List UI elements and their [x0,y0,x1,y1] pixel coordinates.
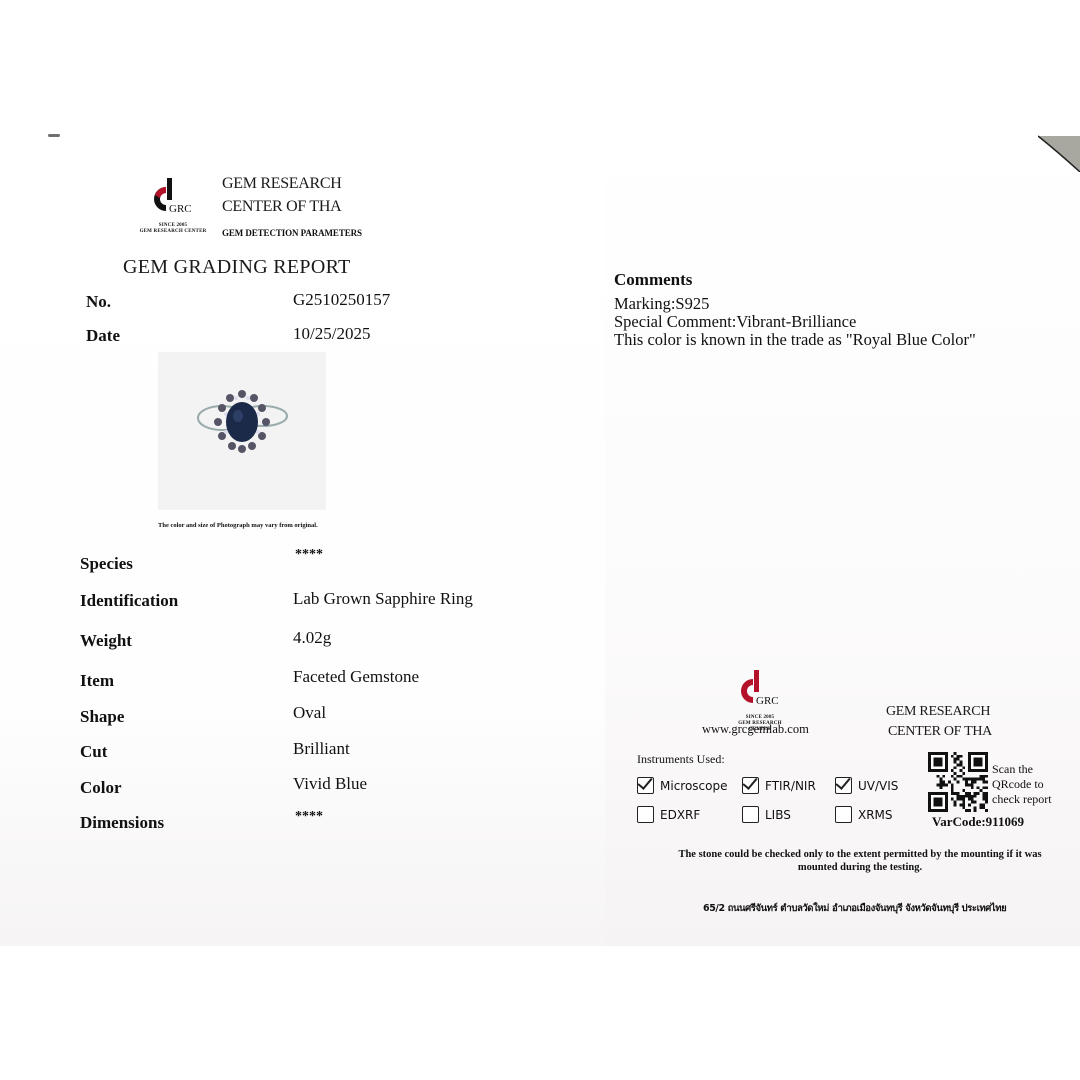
detail-label: Item [80,671,114,691]
detail-value: Oval [293,703,326,723]
org-subtitle: GEM DETECTION PARAMETERS [222,228,362,238]
qr-instructions: Scan the QRcode to check report [992,762,1052,807]
org-name-line1: GEM RESEARCH [222,172,342,196]
folded-corner-icon [1038,134,1080,172]
footer-org-name-line2: CENTER OF THA [888,722,992,742]
report-title: GEM GRADING REPORT [123,256,351,279]
comment-special: Special Comment:Vibrant-Brilliance [614,313,856,331]
detail-value: Lab Grown Sapphire Ring [293,589,473,609]
instrument-label: UV/VIS [858,779,898,793]
detail-label: Weight [80,631,132,651]
checkbox-checked-icon[interactable] [742,777,759,794]
detail-label: Color [80,778,122,798]
photo-caption: The color and size of Photograph may var… [158,522,318,529]
grc-logo-top: GRC SINCE 2005 GEM RESEARCH CENTER [138,178,208,235]
varcode: VarCode:911069 [932,814,1024,830]
instruments-title: Instruments Used: [637,752,725,767]
comment-marking: Marking:S925 [614,295,709,313]
qr-code-icon[interactable] [928,752,988,812]
grc-logo-icon: GRC [148,178,194,218]
instrument-checkbox[interactable]: LIBS [742,806,791,823]
detail-label: Identification [80,591,178,611]
instrument-checkbox[interactable]: UV/VIS [835,777,898,794]
org-name-line2: CENTER OF THA [222,195,341,219]
lab-address: 65/2 ถนนศรีจันทร์ ตำบลวัดใหม่ อำเภอเมือง… [703,901,1006,916]
detail-label: Cut [80,742,107,762]
checkbox-checked-icon[interactable] [835,777,852,794]
qr-text-line: check report [992,792,1052,807]
instrument-label: EDXRF [660,808,700,822]
instrument-checkbox[interactable]: XRMS [835,806,893,823]
report-date-label: Date [86,326,120,346]
svg-text:GRC: GRC [169,203,192,215]
instrument-checkbox[interactable]: FTIR/NIR [742,777,816,794]
grc-logo-icon: GRC [735,670,781,710]
sapphire-ring-image [158,352,326,510]
detail-label: Dimensions [80,813,164,833]
detail-value: Brilliant [293,739,350,759]
instrument-checkbox[interactable]: EDXRF [637,806,700,823]
qr-text-line: QRcode to [992,777,1052,792]
checkbox-unchecked-icon[interactable] [637,806,654,823]
instrument-label: LIBS [765,808,791,822]
instrument-checkbox[interactable]: Microscope [637,777,728,794]
detail-value: Vivid Blue [293,774,367,794]
comments-heading: Comments [614,270,692,290]
detail-value: 4.02g [293,628,331,648]
mounting-disclaimer: The stone could be checked only to the e… [662,848,1058,874]
checkbox-unchecked-icon[interactable] [742,806,759,823]
instrument-label: FTIR/NIR [765,779,816,793]
checkbox-unchecked-icon[interactable] [835,806,852,823]
detail-value: **** [295,547,323,563]
scan-speck [48,134,60,137]
svg-text:GRC: GRC [756,695,779,707]
gem-photo [158,352,326,510]
detail-value: Faceted Gemstone [293,667,419,687]
logo-caption: GEM RESEARCH CENTER [138,229,208,235]
comment-trade-color: This color is known in the trade as "Roy… [614,331,976,349]
report-number-value: G2510250157 [293,290,390,310]
report-number-label: No. [86,292,111,312]
detail-label: Species [80,554,133,574]
checkbox-checked-icon[interactable] [637,777,654,794]
website-link[interactable]: www.grcgemlab.com [702,722,809,737]
footer-org-name-line1: GEM RESEARCH [886,702,990,722]
instrument-label: Microscope [660,779,728,793]
report-date-value: 10/25/2025 [293,324,370,344]
instrument-label: XRMS [858,808,893,822]
detail-label: Shape [80,707,124,727]
detail-value: **** [295,809,323,825]
qr-text-line: Scan the [992,762,1052,777]
